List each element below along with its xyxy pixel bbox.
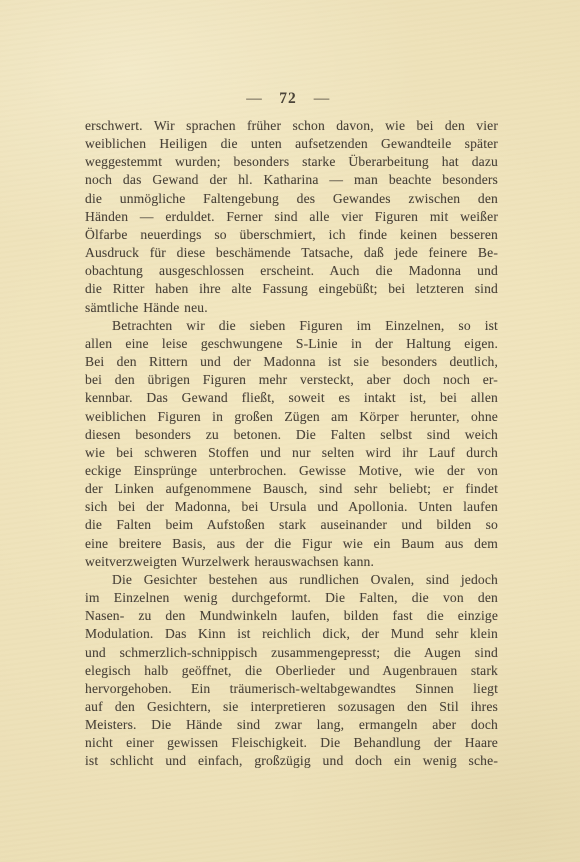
text-line: sämtliche Hände neu. [85, 299, 498, 317]
text-line: elegisch halb geöffnet, die Oberlieder u… [85, 662, 498, 680]
text-line: auf den Gesichtern, sie interpretieren s… [85, 698, 498, 716]
text-line: im Einzelnen wenig durchgeformt. Die Fal… [85, 589, 498, 607]
text-line: Nasen- zu den Mundwinkeln laufen, bilden… [85, 607, 498, 625]
page-number-dash-right: — [314, 90, 330, 108]
text-line: die unmögliche Faltengebung des Gewandes… [85, 190, 498, 208]
scanned-book-page: — 72 — erschwert. Wir sprachen früher sc… [0, 0, 580, 862]
text-line: wie bei schweren Stoffen und nur selten … [85, 444, 498, 462]
text-line: und schmerzlich-schnippisch zusammengepr… [85, 644, 498, 662]
text-line: Händen — erduldet. Ferner sind alle vier… [85, 208, 498, 226]
text-line: Die Gesichter bestehen aus rundlichen Ov… [85, 571, 498, 589]
text-line: weiblichen Heiligen die unten aufsetzend… [85, 135, 498, 153]
text-line: diesen besonders zu betonen. Die Falten … [85, 426, 498, 444]
text-line: Betrachten wir die sieben Figuren im Ein… [85, 317, 498, 335]
text-line: weitverzweigten Wurzelwerk herauswachsen… [85, 553, 498, 571]
text-line: Modulation. Das Kinn ist reichlich dick,… [85, 625, 498, 643]
text-line: weiblichen Figuren in großen Zügen am Kö… [85, 408, 498, 426]
text-line: erschwert. Wir sprachen früher schon dav… [85, 117, 498, 135]
text-line: die Ritter haben ihre alte Fassung einge… [85, 280, 498, 298]
text-line: die Falten beim Aufstoßen stark auseinan… [85, 516, 498, 534]
text-line: nicht einer gewissen Fleischigkeit. Die … [85, 734, 498, 752]
text-line: obachtung ausgeschlossen erscheint. Auch… [85, 262, 498, 280]
text-line: hervorgehoben. Ein träumerisch-weltabgew… [85, 680, 498, 698]
text-line: der Linken aufgenommene Bausch, sind seh… [85, 480, 498, 498]
page-header: — 72 — [0, 90, 576, 108]
page-number: 72 [279, 90, 297, 108]
text-line: Ölfarbe neuerdings so überschmiert, ich … [85, 226, 498, 244]
text-line: noch das Gewand der hl. Katharina — man … [85, 171, 498, 189]
text-line: Bei den Rittern und der Madonna ist sie … [85, 353, 498, 371]
text-line: eine breitere Basis, aus der die Figur w… [85, 535, 498, 553]
text-line: bei den übrigen Figuren mehr versteckt, … [85, 371, 498, 389]
text-line: kennbar. Das Gewand fließt, soweit es in… [85, 389, 498, 407]
text-line: Ausdruck für diese beschämende Tatsache,… [85, 244, 498, 262]
page-number-dash-left: — [246, 90, 262, 108]
text-block: erschwert. Wir sprachen früher schon dav… [85, 117, 498, 771]
text-line: allen eine leise geschwungene S-Linie in… [85, 335, 498, 353]
text-line: weggestemmt wurden; besonders starke Übe… [85, 153, 498, 171]
text-line: Meisters. Die Hände sind zwar lang, erma… [85, 716, 498, 734]
text-line: eckige Einsprünge unterbrochen. Gewisse … [85, 462, 498, 480]
text-line: ist schlicht und einfach, großzügig und … [85, 752, 498, 770]
text-line: sich bei der Madonna, bei Ursula und Apo… [85, 498, 498, 516]
